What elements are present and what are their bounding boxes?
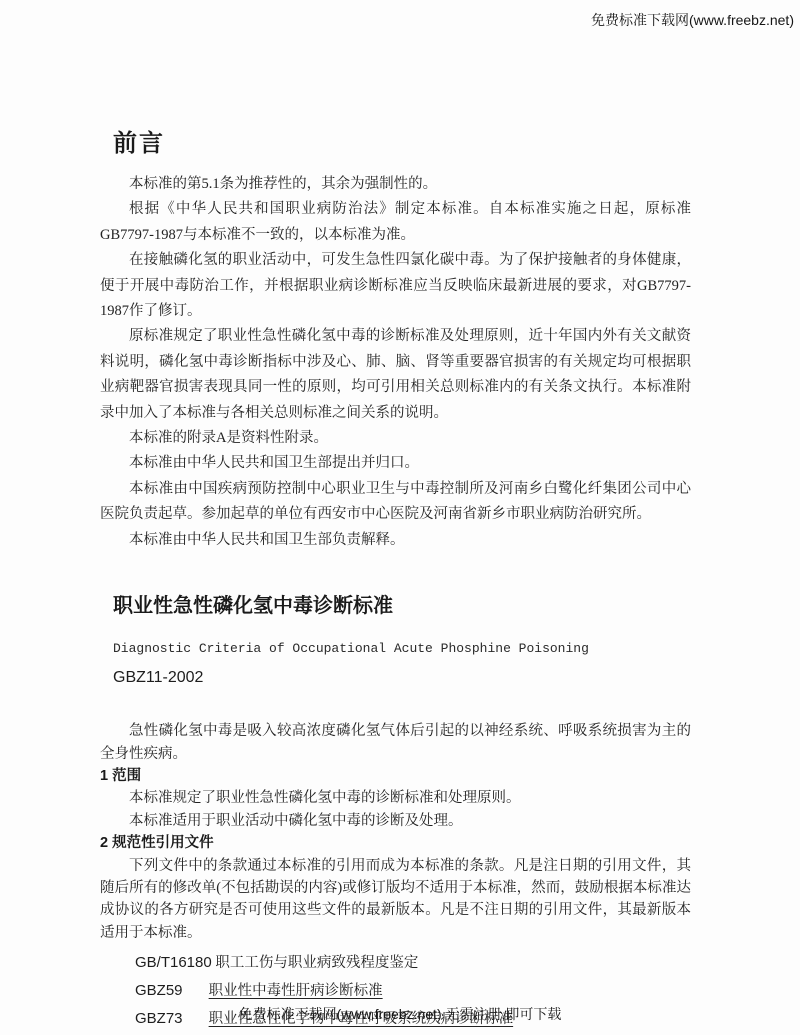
foreword-paragraph: 本标准由中华人民共和国卫生部负责解释。: [100, 528, 691, 553]
reference-code: GBZ59: [135, 977, 205, 1004]
foreword-body: 本标准的第5.1条为推荐性的，其余为强制性的。 根据《中华人民共和国职业病防治法…: [100, 172, 691, 553]
section-paragraph: 本标准适用于职业活动中磷化氢中毒的诊断及处理。: [100, 810, 691, 832]
reference-row: GB/T16180 职工工伤与职业病致残程度鉴定: [135, 949, 691, 977]
foreword-paragraph: 在接触磷化氢的职业活动中，可发生急性四氯化碳中毒。为了保护接触者的身体健康，便于…: [100, 248, 691, 324]
foreword-paragraph: 本标准的附录A是资料性附录。: [100, 426, 691, 451]
foreword-paragraph: 本标准由中国疾病预防控制中心职业卫生与中毒控制所及河南乡白鹭化纤集团公司中心医院…: [100, 477, 691, 528]
standard-intro: 急性磷化氢中毒是吸入较高浓度磷化氢气体后引起的以神经系统、呼吸系统损害为主的全身…: [100, 720, 691, 765]
standard-body: 急性磷化氢中毒是吸入较高浓度磷化氢气体后引起的以神经系统、呼吸系统损害为主的全身…: [100, 720, 691, 1033]
foreword-paragraph: 本标准的第5.1条为推荐性的，其余为强制性的。: [100, 172, 691, 197]
section-heading-normative-references: 2 规范性引用文件: [100, 832, 691, 854]
reference-link[interactable]: 职业性中毒性肝病诊断标准: [209, 983, 383, 999]
reference-row: GBZ59 职业性中毒性肝病诊断标准: [135, 977, 691, 1005]
foreword-paragraph: 原标准规定了职业性急性磷化氢中毒的诊断标准及处理原则，近十年国内外有关文献资料说…: [100, 324, 691, 426]
foreword-title: 前言: [113, 131, 691, 157]
page-content: 前言 本标准的第5.1条为推荐性的，其余为强制性的。 根据《中华人民共和国职业病…: [100, 0, 691, 1033]
reference-code: GB/T16180: [135, 949, 212, 976]
section-paragraph: 本标准规定了职业性急性磷化氢中毒的诊断标准和处理原则。: [100, 787, 691, 809]
section-heading-scope: 1 范围: [100, 765, 691, 787]
standard-header: 职业性急性磷化氢中毒诊断标准 Diagnostic Criteria of Oc…: [100, 595, 691, 687]
reference-title: 职工工伤与职业病致残程度鉴定: [215, 955, 418, 971]
standard-title-en: Diagnostic Criteria of Occupational Acut…: [113, 641, 691, 657]
foreword-paragraph: 本标准由中华人民共和国卫生部提出并归口。: [100, 451, 691, 476]
standard-title-zh: 职业性急性磷化氢中毒诊断标准: [113, 595, 691, 618]
footer-watermark: 免费标准下载网(www.freebz.net) 无需注册,即可下载: [0, 1004, 800, 1024]
foreword-paragraph: 根据《中华人民共和国职业病防治法》制定本标准。自本标准实施之日起，原标准GB77…: [100, 197, 691, 248]
document-page: 免费标准下载网(www.freebz.net) 前言 本标准的第5.1条为推荐性…: [0, 0, 800, 1035]
section-paragraph: 下列文件中的条款通过本标准的引用而成为本标准的条款。凡是注日期的引用文件，其随后…: [100, 855, 691, 945]
standard-code: GBZ11-2002: [113, 669, 691, 687]
